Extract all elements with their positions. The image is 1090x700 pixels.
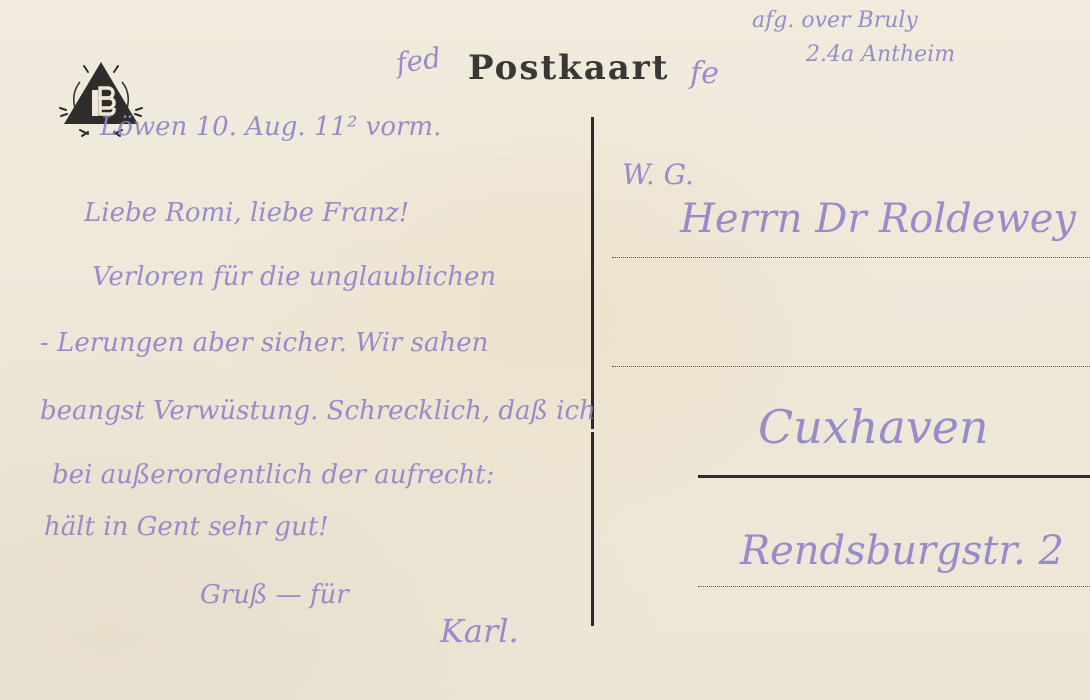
- message-closing: Gruß — für: [200, 580, 349, 610]
- address-street: Rendsburgstr. 2: [740, 528, 1064, 574]
- address-line-2: [612, 366, 1090, 367]
- message-line-1: Löwen 10. Aug. 11² vorm.: [100, 112, 441, 142]
- stamp-area-note-right: fe: [690, 56, 719, 91]
- center-divider-lower: [591, 432, 594, 626]
- address-prefix: W. G.: [622, 158, 694, 191]
- address-city: Cuxhaven: [758, 400, 989, 454]
- corner-note-line1: afg. over Bruly: [752, 8, 918, 33]
- center-divider-upper: [591, 117, 594, 429]
- message-line-7: hält in Gent sehr gut!: [44, 512, 329, 542]
- corner-note-line2: 2.4a Antheim: [806, 42, 955, 67]
- message-line-6: bei außerordentlich der aufrecht:: [52, 460, 494, 490]
- message-line-2: Liebe Romi, liebe Franz!: [84, 198, 409, 228]
- message-signature: Karl.: [440, 612, 519, 650]
- message-line-5: beangst Verwüstung. Schrecklich, daß ich: [40, 396, 596, 426]
- address-line-1: [612, 257, 1090, 258]
- message-line-3: Verloren für die unglaublichen: [92, 262, 496, 292]
- stamp-area-note-left: fed: [394, 41, 443, 80]
- message-line-4: - Lerungen aber sicher. Wir sahen: [40, 328, 488, 358]
- address-line-4: [698, 586, 1090, 587]
- postcard-back: Postkaart fed fe afg. over Bruly 2.4a An…: [0, 0, 1090, 700]
- address-line-3: [698, 475, 1090, 478]
- address-recipient: Herrn Dr Roldewey: [680, 196, 1076, 242]
- postcard-title: Postkaart: [468, 48, 669, 88]
